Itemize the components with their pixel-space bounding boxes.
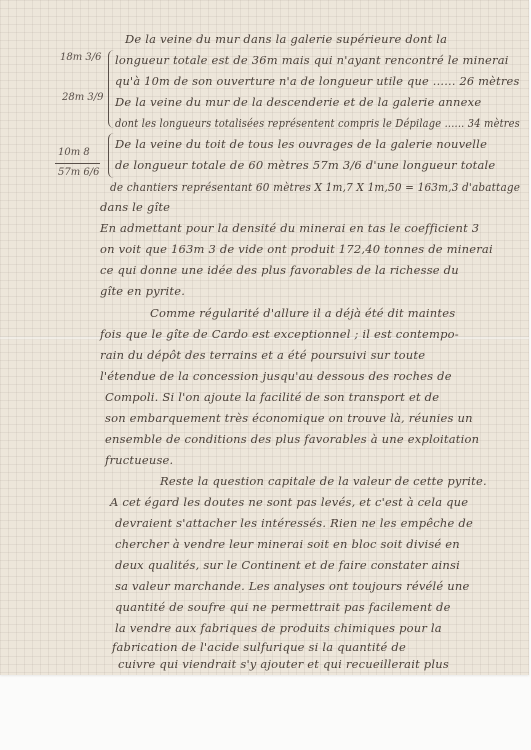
text-line: Comme régularité d'allure il a déjà été … <box>150 306 455 320</box>
margin-note: 28m 3/9 <box>62 92 103 103</box>
margin-fraction-line <box>55 163 100 164</box>
margin-note: 18m 3/6 <box>60 52 101 63</box>
text-line: A cet égard les doutes ne sont pas levés… <box>110 495 468 509</box>
text-line: sa valeur marchande. Les analyses ont to… <box>115 579 470 593</box>
text-line: l'étendue de la concession jusqu'au dess… <box>100 369 452 383</box>
margin-note: 10m 8 <box>58 147 90 158</box>
text-line: En admettant pour la densité du minerai … <box>100 221 479 235</box>
text-line: De la veine du mur dans la galerie supér… <box>125 32 447 46</box>
text-line: ce qui donne une idée des plus favorable… <box>100 263 459 277</box>
text-line: quantité de soufre qui ne permettrait pa… <box>115 600 451 614</box>
text-line: fabrication de l'acide sulfurique si la … <box>112 640 406 654</box>
text-line: dont les longueurs totalisées représente… <box>115 116 520 130</box>
text-line: fructueuse. <box>105 453 173 467</box>
text-line: longueur totale est de 36m mais qui n'ay… <box>115 53 509 67</box>
text-line: devraient s'attacher les intéressés. Rie… <box>115 516 473 530</box>
bracket <box>108 50 115 128</box>
bracket <box>108 133 115 178</box>
text-line: gîte en pyrite. <box>100 284 185 298</box>
text-line: la vendre aux fabriques de produits chim… <box>115 621 442 635</box>
text-line: cuivre qui viendrait s'y ajouter et qui … <box>118 657 449 671</box>
text-line: chercher à vendre leur minerai soit en b… <box>115 537 460 551</box>
text-line: fois que le gîte de Cardo est exceptionn… <box>100 327 459 341</box>
text-line: deux qualités, sur le Continent et de fa… <box>115 558 460 572</box>
text-line: qu'à 10m de son ouverture n'a de longueu… <box>115 74 520 88</box>
handwritten-page: 18m 3/6 28m 3/9 10m 8 57m 6/6 De la vein… <box>0 0 529 675</box>
text-line: son embarquement très économique on trou… <box>105 411 473 425</box>
text-line: de chantiers représentant 60 mètres X 1m… <box>110 180 520 194</box>
text-line: Compoli. Si l'on ajoute la facilité de s… <box>105 390 439 404</box>
text-line: De la veine du mur de la descenderie et … <box>115 95 481 109</box>
text-line: dans le gîte <box>100 200 170 214</box>
text-line: rain du dépôt des terrains et a été pour… <box>100 348 425 362</box>
text-line: de longueur totale de 60 mètres 57m 3/6 … <box>115 158 495 172</box>
text-line: Reste la question capitale de la valeur … <box>160 474 487 488</box>
text-line: De la veine du toit de tous les ouvrages… <box>115 137 487 151</box>
text-line: ensemble de conditions des plus favorabl… <box>105 432 479 446</box>
text-line: on voit que 163m 3 de vide ont produit 1… <box>100 242 493 256</box>
margin-note: 57m 6/6 <box>58 167 99 178</box>
